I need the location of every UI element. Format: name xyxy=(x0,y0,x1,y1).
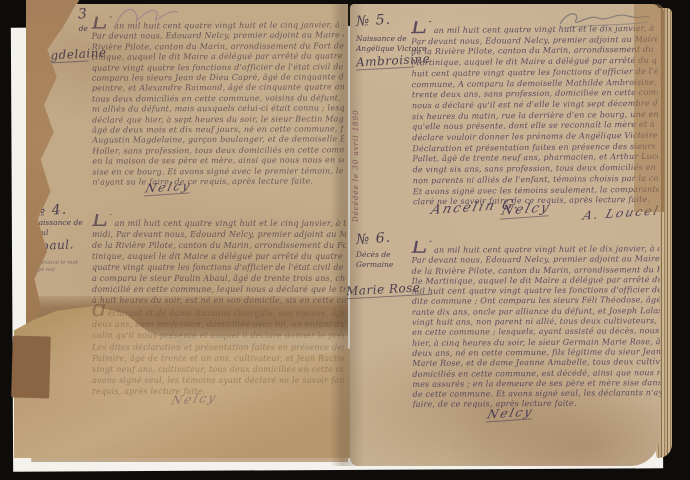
right-page: № 5. Naissance de Angélique Victoire Amb… xyxy=(350,4,660,466)
handwritten-line: quatre vingt quatre les fonctions d'offi… xyxy=(92,262,346,273)
act6-signature: Nelcy xyxy=(486,404,536,422)
small-dark-patch xyxy=(11,336,51,399)
handwritten-line: faire, de ce requis, après lecture faite… xyxy=(413,399,661,411)
act3-body: L'an mil huit cent quatre vingt huit et … xyxy=(92,15,345,188)
handwritten-line: midi, Par devant nous, Edouard Nelcy, pr… xyxy=(92,229,346,240)
tape-strip xyxy=(634,4,664,212)
act6-margin-number: № 6. xyxy=(356,228,417,248)
handwritten-line: L'an mil huit cent quatre vingt huit et … xyxy=(411,239,659,256)
act5-signature-2: Nelcy xyxy=(499,200,552,219)
handwritten-line: n'ayant su le faire, de ce requis, après… xyxy=(92,176,344,188)
handwritten-line: Palmire, âgé de trente et un ans, cultiv… xyxy=(92,353,344,364)
act5-margin-label: Naissance de xyxy=(356,34,414,44)
binding-gutter-shadow xyxy=(330,4,364,466)
act5-body: L'an mil huit cent quatre vingt huit et … xyxy=(411,19,659,209)
act4-body: L'an mil huit cent quatre vingt huit et … xyxy=(92,214,346,306)
handwritten-line: domicilié en cette commune, lequel nous … xyxy=(92,284,346,295)
handwritten-line: deux ans, sans profession, domiciliée av… xyxy=(92,319,344,330)
act5-margin-name: Ambroisine xyxy=(356,52,415,70)
act6-margin-label: Décès de xyxy=(356,250,416,260)
handwritten-line: de la Rivière Pilote, canton du Marin, a… xyxy=(92,240,346,251)
handwritten-line: tinique, auquel le dit Maire a délégué p… xyxy=(92,52,344,64)
act4-margin-label: Naissance de xyxy=(32,218,88,228)
scanned-register-spread: 3 de Magdelaine L'an mil huit cent quatr… xyxy=(0,0,690,480)
handwritten-line: déclarant et de dame Suzanne Georgille, … xyxy=(92,304,344,319)
handwritten-line: a comparu le sieur Paulin Abaul, âgé de … xyxy=(92,273,346,284)
act5-margin-number: № 5. xyxy=(356,10,415,30)
act4-faint-lines: déclarant et de dame Suzanne Georgille, … xyxy=(92,304,344,398)
handwritten-line: Les dites déclaration et présentation fa… xyxy=(92,342,344,353)
act6-margin-given: Germaine xyxy=(356,260,416,270)
handwritten-line: vingt neuf ans, cultivateur, tous deux d… xyxy=(92,364,344,375)
act4-margin-note-line2: rayé nul xyxy=(32,267,88,274)
handwritten-line: culin qu'il nous présente et auquel il d… xyxy=(92,330,344,341)
handwritten-line: L'an mil huit cent quatre vingt huit et … xyxy=(92,15,344,32)
handwritten-line: tinique, auquel le dit Maire a délégué p… xyxy=(92,251,346,262)
act3-signature: Nelcy xyxy=(144,178,194,196)
act6-body: L'an mil huit cent quatre vingt huit et … xyxy=(411,239,660,410)
handwritten-line: L'an mil huit cent quatre vingt huit et … xyxy=(92,214,346,229)
handwritten-line: avons signé seul, les témoins ayant décl… xyxy=(92,375,344,386)
